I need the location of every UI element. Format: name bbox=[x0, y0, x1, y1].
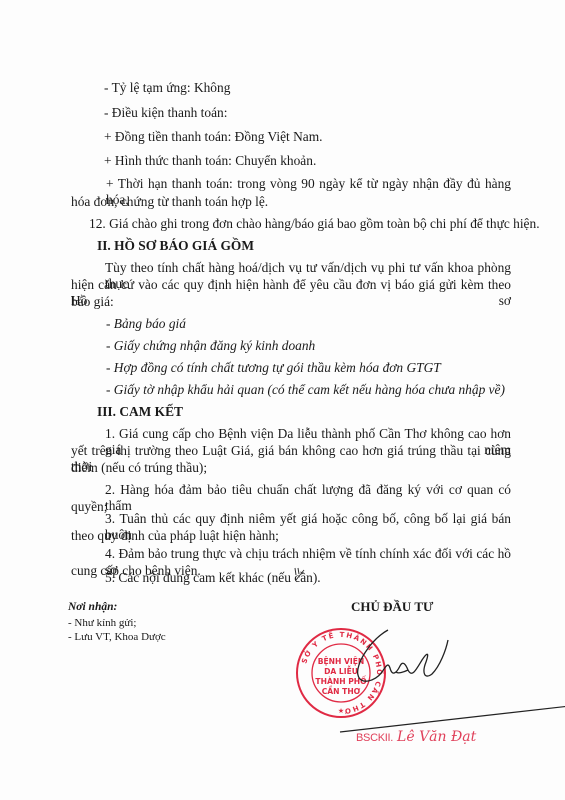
signer-degree: BSCKII. bbox=[356, 732, 393, 744]
commitment-3-line2: theo quy định của pháp luật hiện hành; bbox=[71, 528, 279, 544]
section-2-heading: II. HỒ SƠ BÁO GIÁ GỒM bbox=[97, 238, 254, 254]
commitment-5: 5. Các nội dung cam kết khác (nếu cần). bbox=[105, 570, 321, 586]
document-page: - Tỷ lệ tạm ứng: Không - Điều kiện thanh… bbox=[0, 0, 565, 800]
recipient-item: - Lưu VT, Khoa Dược bbox=[68, 631, 166, 643]
payment-method: + Hình thức thanh toán: Chuyển khoản. bbox=[104, 153, 316, 169]
recipients-title: Nơi nhận: bbox=[68, 601, 117, 613]
commitment-2-line1: 2. Hàng hóa đảm bảo tiêu chuẩn chất lượn… bbox=[105, 482, 511, 514]
commitment-2-line2: quyền; bbox=[71, 499, 107, 515]
signer-full-name: Lê Văn Đạt bbox=[397, 729, 476, 745]
section-2-intro-line3: báo giá: bbox=[71, 294, 114, 310]
payment-currency: + Đồng tiền thanh toán: Đồng Việt Nam. bbox=[104, 129, 323, 145]
item-12: 12. Giá chào ghi trong đơn chào hàng/báo… bbox=[89, 216, 540, 232]
initials-mark bbox=[293, 567, 305, 581]
commitment-1-line3: điểm (nếu có trúng thầu); bbox=[71, 460, 207, 476]
signature bbox=[300, 610, 565, 740]
doc-item: - Giấy chứng nhận đăng ký kinh doanh bbox=[106, 338, 315, 354]
doc-item: - Bảng báo giá bbox=[106, 316, 186, 332]
payment-term-line2: hóa đơn, chứng từ thanh toán hợp lệ. bbox=[71, 194, 268, 210]
doc-item: - Giấy tờ nhập khẩu hải quan (có thể cam… bbox=[106, 382, 505, 398]
recipient-item: - Như kính gửi; bbox=[68, 617, 136, 629]
signer-name: BSCKII. Lê Văn Đạt bbox=[356, 728, 476, 746]
section-3-heading: III. CAM KẾT bbox=[97, 404, 183, 420]
payment-conditions: - Điều kiện thanh toán: bbox=[104, 105, 227, 121]
section-2-intro-line2: hiện căn cứ vào các quy định hiện hành đ… bbox=[71, 277, 511, 309]
payment-advance: - Tỷ lệ tạm ứng: Không bbox=[104, 80, 230, 96]
doc-item: - Hợp đồng có tính chất tương tự gói thầ… bbox=[106, 360, 441, 376]
